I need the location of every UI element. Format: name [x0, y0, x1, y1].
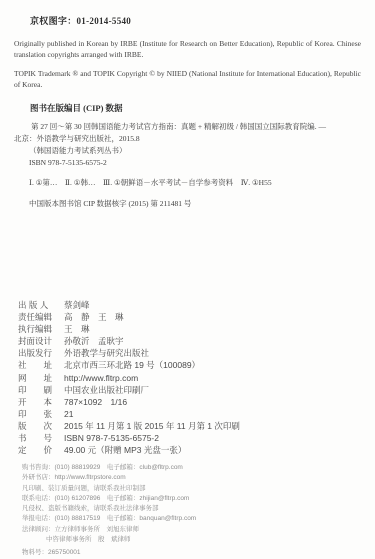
- cip-title-line-1: 第 27 回～第 30 回韩国语能力考试官方指南：真题 + 精解初级 / 韩国国…: [14, 121, 361, 133]
- cip-title-line-2: 北京：外语教学与研究出版社，2015.8: [14, 133, 361, 145]
- copyright-notice-irbe: Originally published in Korean by IRBE (…: [14, 38, 361, 60]
- contact-legal-counsel-2: 中咨律师事务所 殷 斌律师: [22, 535, 367, 545]
- cip-series: （韩国语能力考试系列丛书）: [29, 145, 361, 157]
- contact-report-phone: 举报电话：(010) 88817519 电子邮箱：banquan@fltrp.c…: [22, 514, 367, 524]
- pub-row-edition: 版 次2015 年 11 月第 1 版 2015 年 11 月第 1 次印刷: [18, 420, 365, 432]
- copyright-notice-topik: TOPIK Trademark ® and TOPIK Copyright © …: [14, 68, 361, 90]
- cip-isbn: ISBN 978-7-5135-6575-2: [29, 157, 361, 169]
- contact-print-quality-note: 凡印刷、装订质量问题，请联系我社印制部: [22, 484, 367, 494]
- pub-row-label: 封面设计: [18, 335, 64, 347]
- registration-number: 京权图字：01-2014-5540: [30, 14, 361, 27]
- pub-row-format: 开 本787×1092 1/16: [18, 396, 365, 408]
- pub-row-value: http://www.fltrp.com: [64, 373, 138, 383]
- cip-record-number: 中国版本图书馆 CIP 数据核字 (2015) 第 211481 号: [29, 198, 361, 210]
- pub-row-label: 出 版 人: [18, 299, 64, 311]
- pub-row-address: 社 址北京市西三环北路 19 号（100089）: [18, 359, 365, 371]
- pub-row-value: ISBN 978-7-5135-6575-2: [64, 433, 159, 443]
- publication-info-list: 出 版 人蔡剑峰 责任编辑高 静 王 琳 执行编辑王 琳 封面设计孙敬沂 孟耿宇…: [18, 299, 365, 456]
- pub-row-label: 版 次: [18, 420, 64, 432]
- pub-row-label: 开 本: [18, 396, 64, 408]
- pub-row-value: 高 静 王 琳: [64, 312, 124, 322]
- cip-record: 第 27 回～第 30 回韩国语能力考试官方指南：真题 + 精解初级 / 韩国国…: [14, 121, 361, 210]
- book-copyright-page: 京权图字：01-2014-5540 Originally published i…: [0, 0, 375, 559]
- pub-row-executive-editor: 执行编辑王 琳: [18, 323, 365, 335]
- pub-row-value: 蔡剑峰: [64, 300, 90, 310]
- pub-row-editor: 责任编辑高 静 王 琳: [18, 311, 365, 323]
- pub-row-value: 787×1092 1/16: [64, 397, 127, 407]
- contact-purchase-hotline: 购书咨询：(010) 88819929 电子邮箱：club@fltrp.com: [22, 463, 367, 473]
- pub-row-label: 网 址: [18, 372, 64, 384]
- pub-row-label: 定 价: [18, 444, 64, 456]
- contact-piracy-note: 凡侵权、盗版书籍线索，请联系我社法律事务部: [22, 504, 367, 514]
- pub-row-label: 书 号: [18, 432, 64, 444]
- contact-legal-counsel-1: 法律顾问：立方律师事务所 刘旭东律师: [22, 525, 367, 535]
- pub-row-value: 孙敬沂 孟耿宇: [64, 336, 124, 346]
- pub-row-price: 定 价49.00 元（附赠 MP3 光盘一张）: [18, 444, 365, 456]
- pub-row-value: 中国农业出版社印刷厂: [64, 385, 149, 395]
- contact-quality-phone: 联系电话：(010) 61207896 电子邮箱：zhijian@fltrp.c…: [22, 494, 367, 504]
- pub-row-label: 印 刷: [18, 384, 64, 396]
- pub-row-label: 责任编辑: [18, 311, 64, 323]
- pub-row-label: 社 址: [18, 359, 64, 371]
- cip-classification: Ⅰ. ①第… Ⅱ. ①韩… Ⅲ. ①朝鲜语－水平考试－自学参考资料 Ⅳ. ①H5…: [29, 177, 361, 189]
- pub-row-sheets: 印 张21: [18, 408, 365, 420]
- pub-row-value: 王 琳: [64, 324, 90, 334]
- pub-row-printer: 印 刷中国农业出版社印刷厂: [18, 384, 365, 396]
- pub-row-website: 网 址http://www.fltrp.com: [18, 372, 365, 384]
- pub-row-label: 出版发行: [18, 347, 64, 359]
- pub-row-publisher: 出版发行外语教学与研究出版社: [18, 347, 365, 359]
- pub-row-value: 北京市西三环北路 19 号（100089）: [64, 360, 200, 370]
- cip-heading: 图书在版编目 (CIP) 数据: [30, 102, 361, 114]
- contact-smallprint-section: 购书咨询：(010) 88819929 电子邮箱：club@fltrp.com …: [22, 463, 367, 559]
- pub-row-value: 外语教学与研究出版社: [64, 348, 149, 358]
- pub-row-publisher-person: 出 版 人蔡剑峰: [18, 299, 365, 311]
- contact-bookstore-url: 外研书店：http://www.fltrpstore.com: [22, 473, 367, 483]
- pub-row-book-number: 书 号ISBN 978-7-5135-6575-2: [18, 432, 365, 444]
- pub-row-value: 21: [64, 409, 73, 419]
- pub-row-value: 49.00 元（附赠 MP3 光盘一张）: [64, 445, 186, 455]
- material-number: 物料号：265750001: [22, 548, 367, 558]
- pub-row-value: 2015 年 11 月第 1 版 2015 年 11 月第 1 次印刷: [64, 421, 240, 431]
- legal-cip-section: 京权图字：01-2014-5540 Originally published i…: [0, 0, 375, 210]
- pub-row-cover-design: 封面设计孙敬沂 孟耿宇: [18, 335, 365, 347]
- pub-row-label: 执行编辑: [18, 323, 64, 335]
- pub-row-label: 印 张: [18, 408, 64, 420]
